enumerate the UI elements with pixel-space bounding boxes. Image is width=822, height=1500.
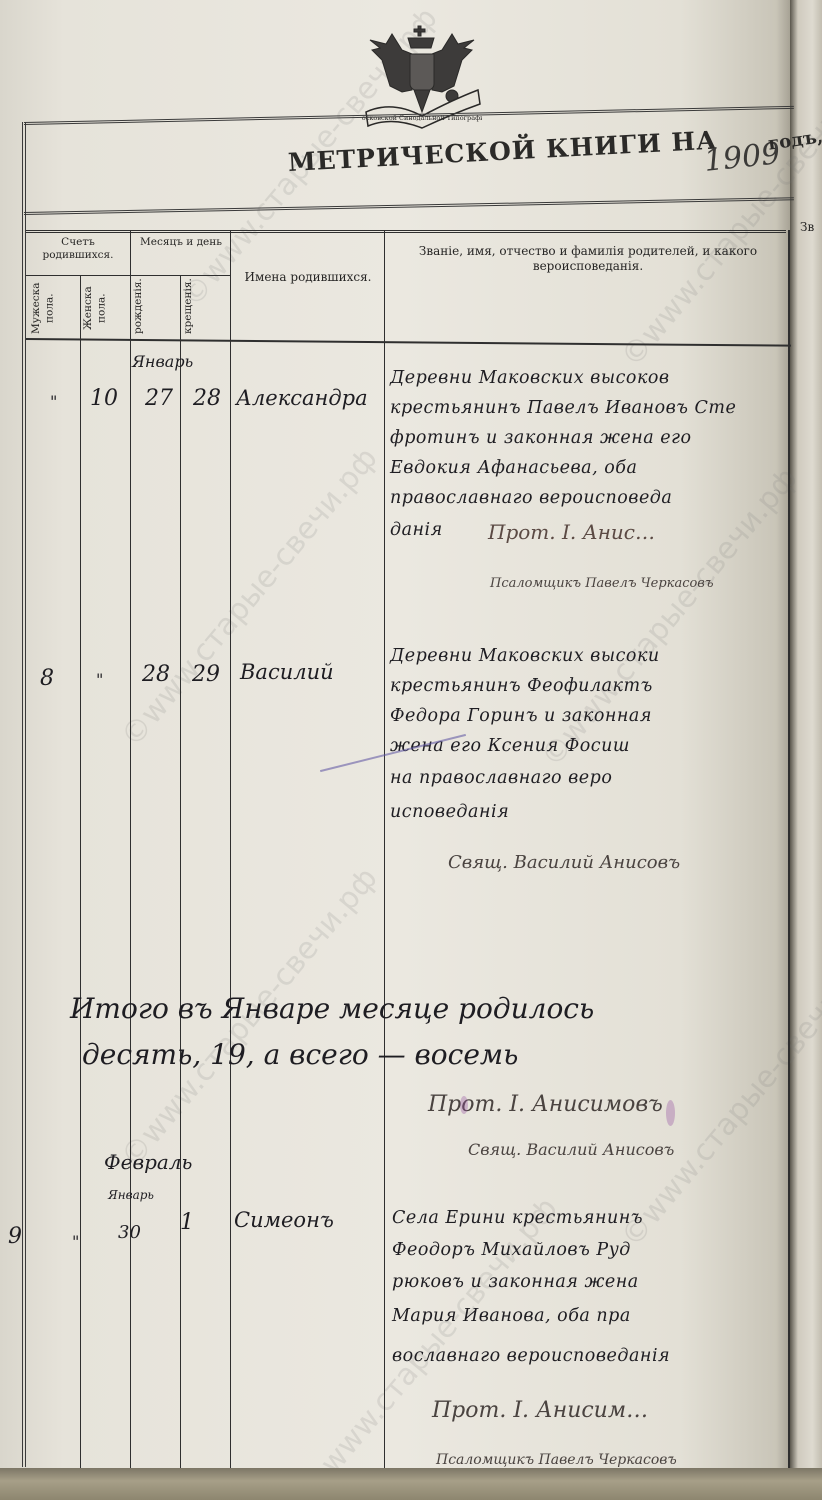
entry-child-name: Александра <box>236 386 368 410</box>
header-month-day: Месяцъ и день <box>132 236 230 249</box>
entry-baptism-day: 1 <box>180 1210 194 1235</box>
entry-parents-line: Феодоръ Михайловъ Руд <box>392 1240 631 1260</box>
entry-birth-day: 27 <box>145 386 173 411</box>
entry-female-count: " <box>96 670 103 689</box>
entry-parents-line: Деревни Маковских высоков <box>390 368 670 388</box>
entry-female-count: " <box>72 1232 79 1251</box>
entry-month: Январь <box>132 352 193 371</box>
left-border <box>22 122 26 1467</box>
entry-parents-line: крестьянинъ Феофилактъ <box>390 676 653 696</box>
entry-parents-line: Евдокия Афанасьева, оба <box>390 458 637 478</box>
entry-clerk-note: Псаломщикъ Павелъ Черкасовъ <box>436 1452 677 1468</box>
entry-parents-line: Федора Горинъ и законная <box>390 706 652 726</box>
entry-baptism-day: 29 <box>192 662 220 687</box>
header-birth: рожденія. <box>132 282 178 334</box>
entry-parents-line: рюковъ и законная жена <box>392 1272 639 1292</box>
violet-ink-stain <box>460 1096 468 1114</box>
entry-child-name: Василий <box>240 660 334 684</box>
entry-parents-line: крестьянинъ Павелъ Ивановъ Сте <box>390 398 736 418</box>
summary-signature-2: Свящ. Василий Анисовъ <box>468 1140 674 1159</box>
summary-line-2: десять, 19, а всего — восемь <box>82 1038 518 1071</box>
summary-line-1: Итого въ Январе месяце родилось <box>70 992 594 1025</box>
entry-male-count: " <box>50 392 57 411</box>
entry-priest-signature: Прот. І. Анисим… <box>432 1398 648 1423</box>
header-names: Имена родившихся. <box>234 270 382 285</box>
header-parents: Званіе, имя, отчество и фамилія родителе… <box>392 244 784 274</box>
header-male: Мужеска пола. <box>30 282 78 334</box>
entry-birth-day: 30 <box>118 1222 141 1243</box>
entry-male-count: 8 <box>40 666 54 691</box>
entry-baptism-day: 28 <box>193 386 221 411</box>
entry-priest-signature: Прот. І. Анис… <box>488 520 655 544</box>
entry-parents-line: вославнаго вероисповеданія <box>392 1346 670 1366</box>
header-count-born: Счетъ родившихся. <box>28 236 128 262</box>
entry-female-count: 10 <box>90 386 118 411</box>
entry-male-count: 9 <box>8 1224 22 1249</box>
entry-clerk-note: Псаломщикъ Павелъ Черкасовъ <box>490 576 714 591</box>
column-divider <box>788 230 790 1470</box>
column-divider <box>384 230 385 1470</box>
entry-priest-signature: Свящ. Василий Анисовъ <box>448 852 680 873</box>
entry-parents-line: православнаго вероисповеда <box>390 488 672 508</box>
entry-parents-line: жена его Ксения Фосиш <box>390 736 630 756</box>
entry-month-top: Февраль <box>104 1150 192 1174</box>
column-divider <box>80 275 81 1470</box>
entry-child-name: Симеонъ <box>234 1208 334 1232</box>
entry-parents-line: исповеданія <box>390 802 509 822</box>
header-top-rule <box>26 230 786 233</box>
violet-ink-stain <box>666 1100 675 1126</box>
header-baptism: крещенія. <box>182 282 228 334</box>
entry-parents-line: на православнаго веро <box>390 768 612 788</box>
column-divider <box>130 230 131 1470</box>
header-sub-rule <box>26 275 231 276</box>
entry-parents-line: Мария Иванова, оба пра <box>392 1306 631 1326</box>
header-female: Женска пола. <box>82 282 128 334</box>
column-divider <box>180 275 181 1470</box>
column-divider <box>230 230 231 1470</box>
entry-parents-line: фротинъ и законная жена его <box>390 428 692 448</box>
entry-month: Январь <box>108 1188 154 1202</box>
entry-parents-line: данія <box>390 520 443 540</box>
header-next-page-fragment: Зв <box>800 220 822 235</box>
entry-parents-line: Деревни Маковских высоки <box>390 646 660 666</box>
entry-parents-line: Села Ерини крестьянинъ <box>392 1208 643 1228</box>
entry-birth-day: 28 <box>142 662 170 687</box>
book-bottom-edge <box>0 1468 822 1500</box>
